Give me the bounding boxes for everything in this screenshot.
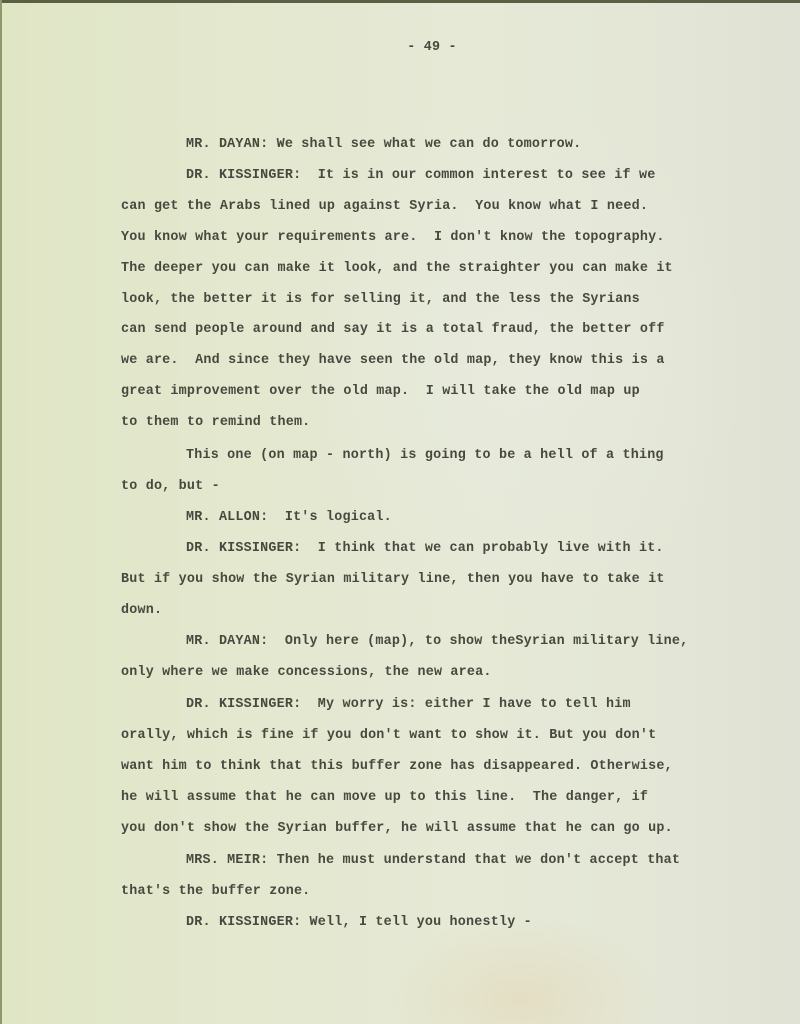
transcript-line: But if you show the Syrian military line… (121, 572, 665, 588)
transcript-line: down. (121, 603, 162, 619)
transcript-line: you don't show the Syrian buffer, he wil… (121, 821, 673, 837)
document-page: - 49 - MR. DAYAN: We shall see what we c… (0, 0, 800, 1024)
transcript-line: to them to remind them. (121, 415, 310, 431)
transcript-line: can get the Arabs lined up against Syria… (121, 199, 648, 215)
transcript-line: DR. KISSINGER: It is in our common inter… (186, 168, 655, 184)
transcript-line: MR. ALLON: It's logical. (186, 510, 392, 526)
transcript-line: he will assume that he can move up to th… (121, 790, 648, 806)
transcript-line: look, the better it is for selling it, a… (121, 292, 640, 308)
transcript-line: want him to think that this buffer zone … (121, 759, 673, 775)
transcript-line: MRS. MEIR: Then he must understand that … (186, 853, 680, 869)
transcript-line: we are. And since they have seen the old… (121, 353, 665, 369)
transcript-line: MR. DAYAN: We shall see what we can do t… (186, 137, 581, 153)
transcript-line: DR. KISSINGER: I think that we can proba… (186, 541, 664, 557)
transcript-line: This one (on map - north) is going to be… (186, 448, 664, 464)
transcript-line: only where we make concessions, the new … (121, 665, 492, 681)
transcript-line: to do, but - (121, 479, 220, 495)
transcript-line: great improvement over the old map. I wi… (121, 384, 640, 400)
transcript-line: can send people around and say it is a t… (121, 322, 665, 338)
transcript-line: You know what your requirements are. I d… (121, 230, 665, 246)
transcript-line: DR. KISSINGER: Well, I tell you honestly… (186, 915, 532, 931)
page-number: - 49 - (32, 40, 800, 55)
transcript-line: The deeper you can make it look, and the… (121, 261, 673, 277)
transcript-line: DR. KISSINGER: My worry is: either I hav… (186, 697, 631, 713)
transcript-line: MR. DAYAN: Only here (map), to show theS… (186, 634, 688, 650)
transcript-line: that's the buffer zone. (121, 884, 310, 900)
transcript-line: orally, which is fine if you don't want … (121, 728, 656, 744)
